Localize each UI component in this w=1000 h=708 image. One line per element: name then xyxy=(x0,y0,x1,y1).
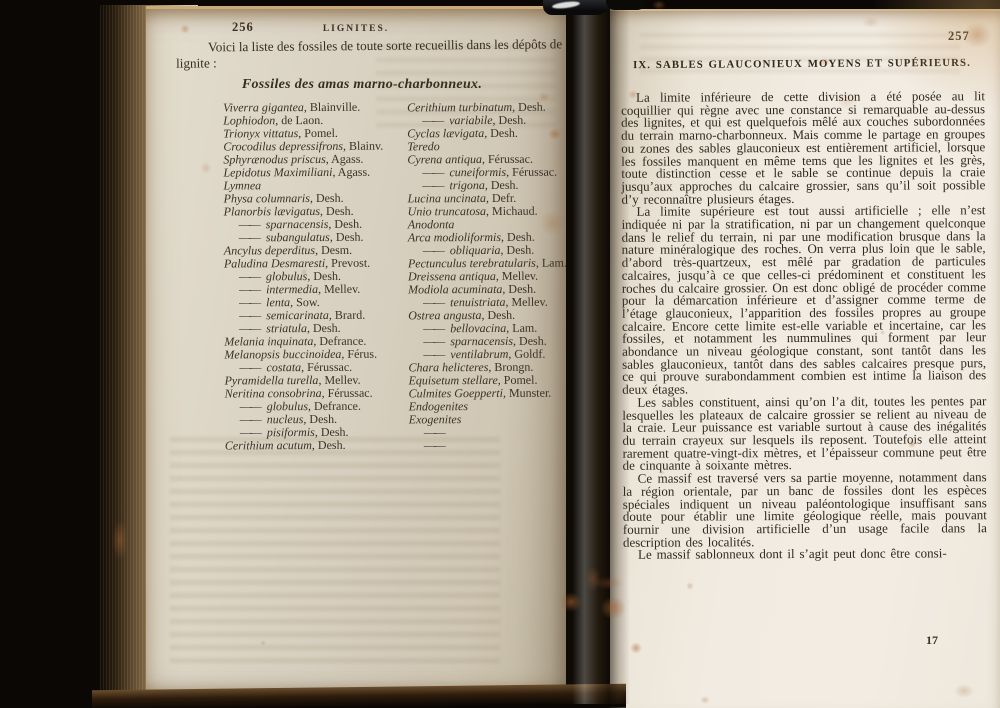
paragraph: La limite supérieure est tout aussi arti… xyxy=(621,205,986,397)
ditto-dash: —— xyxy=(239,308,259,322)
foxing-stain xyxy=(585,566,601,592)
body-text: La limite inférieure de cette division a… xyxy=(621,90,987,562)
author-abbrev: , Blainville. xyxy=(304,100,360,114)
fossil-list-column-2: Cerithium turbinatum, Desh.——variabile, … xyxy=(407,101,567,453)
ditto-dash: —— xyxy=(423,295,443,309)
left-page: 256 LIGNITES. Voici la liste des fossile… xyxy=(146,6,566,693)
running-head: LIGNITES. xyxy=(146,24,566,34)
author-abbrev: , Mellev. xyxy=(318,282,360,296)
right-page-number: 257 xyxy=(948,29,970,44)
paragraph: Ce massif est traversé vers sa partie mo… xyxy=(623,471,987,549)
author-abbrev: , Mellev. xyxy=(505,295,547,309)
binder-clip xyxy=(543,0,609,15)
author-abbrev: , Férussac. xyxy=(506,165,557,179)
ditto-dash: —— xyxy=(422,113,442,127)
author-abbrev: , Lam. xyxy=(536,256,567,270)
author-abbrev: , Desh. xyxy=(492,113,526,127)
species-name: Cerithium acutum xyxy=(225,438,312,452)
paragraph: Les sables constituent, ainsi qu’on l’a … xyxy=(622,395,986,473)
ditto-dash: —— xyxy=(240,412,260,426)
section-title: Fossiles des amas marno-charbonneux. xyxy=(166,77,558,93)
paragraph: Le massif sablonneux dont il s’agit peut… xyxy=(623,548,987,562)
ditto-dash: —— xyxy=(424,425,444,439)
ditto-dash: —— xyxy=(240,399,260,413)
ditto-dash: —— xyxy=(239,282,259,296)
author-abbrev: , Férussac. xyxy=(322,386,373,400)
author-abbrev: , Férus. xyxy=(341,347,377,361)
clip-highlight xyxy=(552,0,581,9)
fossil-entry: Cerithium acutum, Desh. xyxy=(225,439,411,453)
author-abbrev: , Michaud. xyxy=(486,204,538,218)
intro-paragraph: Voici la liste des fossiles de toute sor… xyxy=(176,36,564,70)
author-abbrev: , Prevost. xyxy=(325,256,370,270)
author-abbrev: , Agass. xyxy=(332,165,370,179)
ditto-dash: —— xyxy=(239,360,259,374)
ditto-dash: —— xyxy=(240,425,260,439)
signature-mark: 17 xyxy=(926,633,938,648)
author-abbrev: , Brard. xyxy=(329,308,365,322)
species-name: Exogenites xyxy=(409,412,462,426)
author-abbrev: , Desh. xyxy=(512,100,546,114)
author-abbrev: , Goldf. xyxy=(508,347,545,361)
ditto-dash: —— xyxy=(422,165,442,179)
author-abbrev: , Munster. xyxy=(503,386,551,400)
fossil-list-column-1: Viverra gigantea, Blainville.Lophiodon, … xyxy=(223,101,411,453)
species-name: lenta xyxy=(266,295,290,309)
species-name: Cyclas lævigata xyxy=(407,126,484,140)
ditto-dash: —— xyxy=(422,178,442,192)
author-abbrev: , Desh. xyxy=(484,126,518,140)
book-scan: 256 LIGNITES. Voici la liste des fossile… xyxy=(0,0,1000,708)
author-abbrev: , Desh. xyxy=(330,230,364,244)
binder-clip-shadow xyxy=(606,0,646,10)
ditto-dash: —— xyxy=(239,269,259,283)
fossil-entry: —— xyxy=(409,439,567,453)
ditto-dash: —— xyxy=(424,438,444,452)
ditto-dash: —— xyxy=(423,321,443,335)
ditto-dash: —— xyxy=(423,334,443,348)
paragraph: La limite inférieure de cette division a… xyxy=(621,90,985,206)
ditto-dash: —— xyxy=(239,217,259,231)
species-name: Lepidotus Maximiliani xyxy=(223,165,332,180)
chapter-heading: IX. SABLES GLAUCONIEUX MOYENS ET SUPÉRIE… xyxy=(618,57,986,72)
ditto-dash: —— xyxy=(239,230,259,244)
bleed-through-ghost xyxy=(170,433,500,663)
ditto-dash: —— xyxy=(239,321,259,335)
right-page: 257 IX. SABLES GLAUCONIEUX MOYENS ET SUP… xyxy=(610,9,1000,708)
ditto-dash: —— xyxy=(423,347,443,361)
author-abbrev: , Desh. xyxy=(312,438,346,452)
ditto-dash: —— xyxy=(423,243,443,257)
ditto-dash: —— xyxy=(239,295,259,309)
author-abbrev: , Blainv. xyxy=(343,139,383,153)
